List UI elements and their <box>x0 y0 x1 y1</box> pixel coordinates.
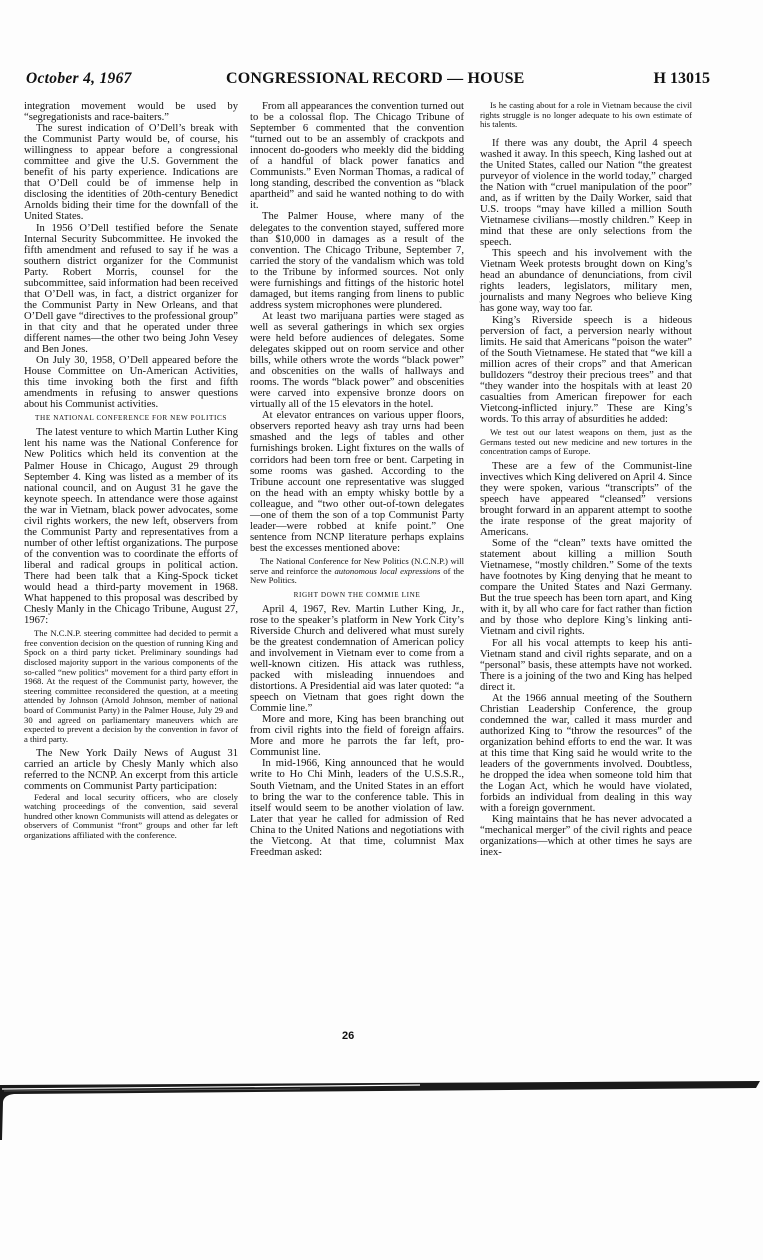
paragraph: The Palmer House, where many of the dele… <box>250 211 464 310</box>
paragraph: More and more, King has been branching o… <box>250 714 464 758</box>
paragraph: On July 30, 1958, O’Dell appeared before… <box>24 355 238 410</box>
paragraph: April 4, 1967, Rev. Martin Luther King, … <box>250 604 464 714</box>
block-quote: We test out our latest weapons on them, … <box>480 428 692 457</box>
issue-date: October 4, 1967 <box>26 70 132 88</box>
paragraph: In mid-1966, King announced that he woul… <box>250 758 464 857</box>
section-heading: The National Conference for New Politics <box>24 413 238 424</box>
paragraph: From all appearances the convention turn… <box>250 101 464 211</box>
paragraph: At the 1966 annual meeting of the Southe… <box>480 693 692 815</box>
paragraph: The New York Daily News of August 31 car… <box>24 748 238 792</box>
paragraph: integration movement would be used by “s… <box>24 101 238 123</box>
page-number: 26 <box>342 1030 354 1042</box>
paragraph: The latest venture to which Martin Luthe… <box>24 427 238 626</box>
section-heading: Right Down the Commie Line <box>250 590 464 601</box>
column-3: Is he casting about for a role in Vietna… <box>480 101 692 858</box>
block-quote: Federal and local security officers, who… <box>24 793 238 841</box>
block-quote: The N.C.N.P. steering committee had deci… <box>24 629 238 744</box>
paragraph: At elevator entrances on various upper f… <box>250 410 464 554</box>
publication-title: CONGRESSIONAL RECORD — HOUSE <box>226 70 525 88</box>
block-quote: Is he casting about for a role in Vietna… <box>480 101 692 130</box>
scan-binding-edge <box>0 1080 763 1140</box>
record-page-id: H 13015 <box>654 70 710 88</box>
paragraph: King’s Riverside speech is a hideous per… <box>480 315 692 425</box>
paragraph: This speech and his involvement with the… <box>480 248 692 314</box>
page-header: October 4, 1967 CONGRESSIONAL RECORD — H… <box>26 70 736 92</box>
paragraph: At least two marijuana parties were stag… <box>250 311 464 410</box>
paragraph: Some of the “clean” texts have omitted t… <box>480 538 692 637</box>
quote-emphasis: autonomous local expressions <box>334 566 440 576</box>
paragraph: These are a few of the Communist-line in… <box>480 461 692 538</box>
paragraph: For all his vocal attempts to keep his a… <box>480 638 692 693</box>
column-2: From all appearances the convention turn… <box>250 101 464 858</box>
paragraph: If there was any doubt, the April 4 spee… <box>480 138 692 248</box>
block-quote: The National Conference for New Politics… <box>250 557 464 586</box>
paragraph: King maintains that he has never advocat… <box>480 814 692 858</box>
paragraph: In 1956 O’Dell testified before the Sena… <box>24 223 238 356</box>
paragraph: The surest indication of O’Dell’s break … <box>24 123 238 222</box>
column-1: integration movement would be used by “s… <box>24 101 238 844</box>
